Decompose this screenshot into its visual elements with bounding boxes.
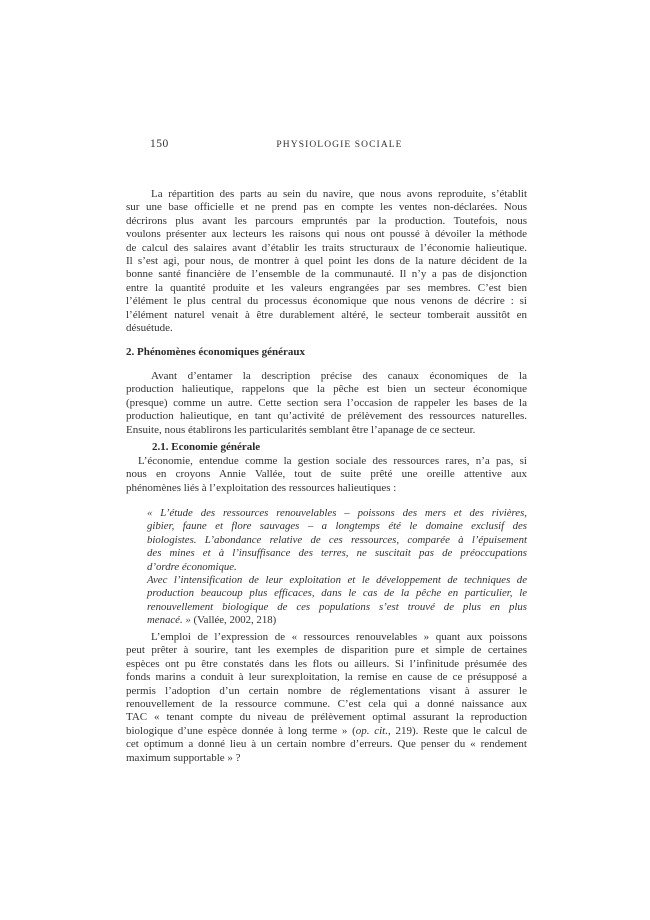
text-line: TAC « tenant compte du niveau de prélève… (126, 711, 527, 724)
text-line: de calcul des salaires avant d’établir l… (126, 242, 527, 255)
text-line: Ensuite, nous établirons les particulari… (126, 424, 527, 437)
text-line: permis l’adoption d’un certain nombre de… (126, 685, 527, 698)
paragraph-2: Avant d’entamer la description précise d… (126, 370, 527, 437)
text-line: Avec l’intensification de leur exploitat… (147, 574, 527, 587)
text-line: fonds marins a conduit à leur surexploit… (126, 671, 527, 684)
section-heading: 2. Phénomènes économiques généraux (126, 346, 527, 359)
text-line: (presque) comme un autre. Cette section … (126, 397, 527, 410)
roman-run: (Vallée, 2002, 218) (193, 614, 276, 626)
text-line: cet optimum a donné lieu à un certain no… (126, 738, 527, 751)
text-line: Il s’est agi, pour nous, de montrer à qu… (126, 255, 527, 268)
text-line: L’emploi de l’expression de « ressources… (126, 631, 527, 644)
subsection-heading-text: 2.1. Economie générale (152, 441, 553, 454)
text-line: phénomènes liés à l’exploitation des res… (126, 482, 527, 495)
text-line: L’économie, entendue comme la gestion so… (126, 455, 527, 468)
text-line: sur une base officielle et ne prend pas … (126, 201, 527, 214)
text-line: l’élément le plus central du processus é… (126, 295, 527, 308)
italic-run: op. cit. (356, 725, 388, 737)
text-line: entre la quantité produite et les valeur… (126, 282, 527, 295)
text-line: renouvellement biologique de ces populat… (147, 601, 527, 614)
block-quote-part-1: « L’étude des ressources renouvelables –… (147, 507, 527, 574)
text-line: renouvellement de la ressource commune. … (126, 698, 527, 711)
running-title: PHYSIOLOGIE SOCIALE (126, 140, 553, 150)
text-line: d’ordre économique. (147, 561, 527, 574)
text-line: voulons présenter aux lecteurs les raiso… (126, 228, 527, 241)
text-line: maximum supportable » ? (126, 752, 527, 765)
text-line: gibier, faune et flore sauvages – a long… (147, 520, 527, 533)
paragraph-4: L’emploi de l’expression de « ressources… (126, 631, 527, 765)
text-line: production halieutique, en tant qu’activ… (126, 410, 527, 423)
text-line: production halieutique, rappelons que la… (126, 383, 527, 396)
text-line: biologique d’une espèce donnée à long te… (126, 725, 527, 738)
roman-run: biologique d’une espèce donnée à long te… (126, 725, 356, 737)
block-quote-part-2: Avec l’intensification de leur exploitat… (147, 574, 527, 628)
italic-run: menacé. » (147, 614, 193, 626)
text-line: biologistes. L’abondance relative de ces… (147, 534, 527, 547)
text-line: Avant d’entamer la description précise d… (126, 370, 527, 383)
scanned-book-page: 150 PHYSIOLOGIE SOCIALE La répartition d… (0, 0, 650, 920)
text-line: nous en croyons Annie Vallée, tout de su… (126, 468, 527, 481)
paragraph-3: L’économie, entendue comme la gestion so… (126, 455, 527, 495)
text-line: des mines et à l’insuffisance des terres… (147, 547, 527, 560)
roman-run: , 219). Reste que le calcul de (388, 725, 527, 737)
section-heading-text: 2. Phénomènes économiques généraux (126, 346, 527, 359)
text-line: espèces ont pu être constatés dans les f… (126, 658, 527, 671)
text-line: peut prêter à sourire, tant les exemples… (126, 644, 527, 657)
text-line: décrirons plus avant les parcours emprun… (126, 215, 527, 228)
text-line: bonne santé financière de l’ensemble de … (126, 268, 527, 281)
subsection-heading: 2.1. Economie générale (126, 441, 553, 454)
text-line: La répartition des parts au sein du navi… (126, 188, 527, 201)
text-line: désuétude. (126, 322, 527, 335)
text-line: menacé. » (Vallée, 2002, 218) (147, 614, 527, 627)
text-line: l’élément naturel venait à être durablem… (126, 309, 527, 322)
paragraph-1: La répartition des parts au sein du navi… (126, 188, 527, 335)
text-line: « L’étude des ressources renouvelables –… (147, 507, 527, 520)
text-line: production beaucoup plus efficaces, dans… (147, 587, 527, 600)
